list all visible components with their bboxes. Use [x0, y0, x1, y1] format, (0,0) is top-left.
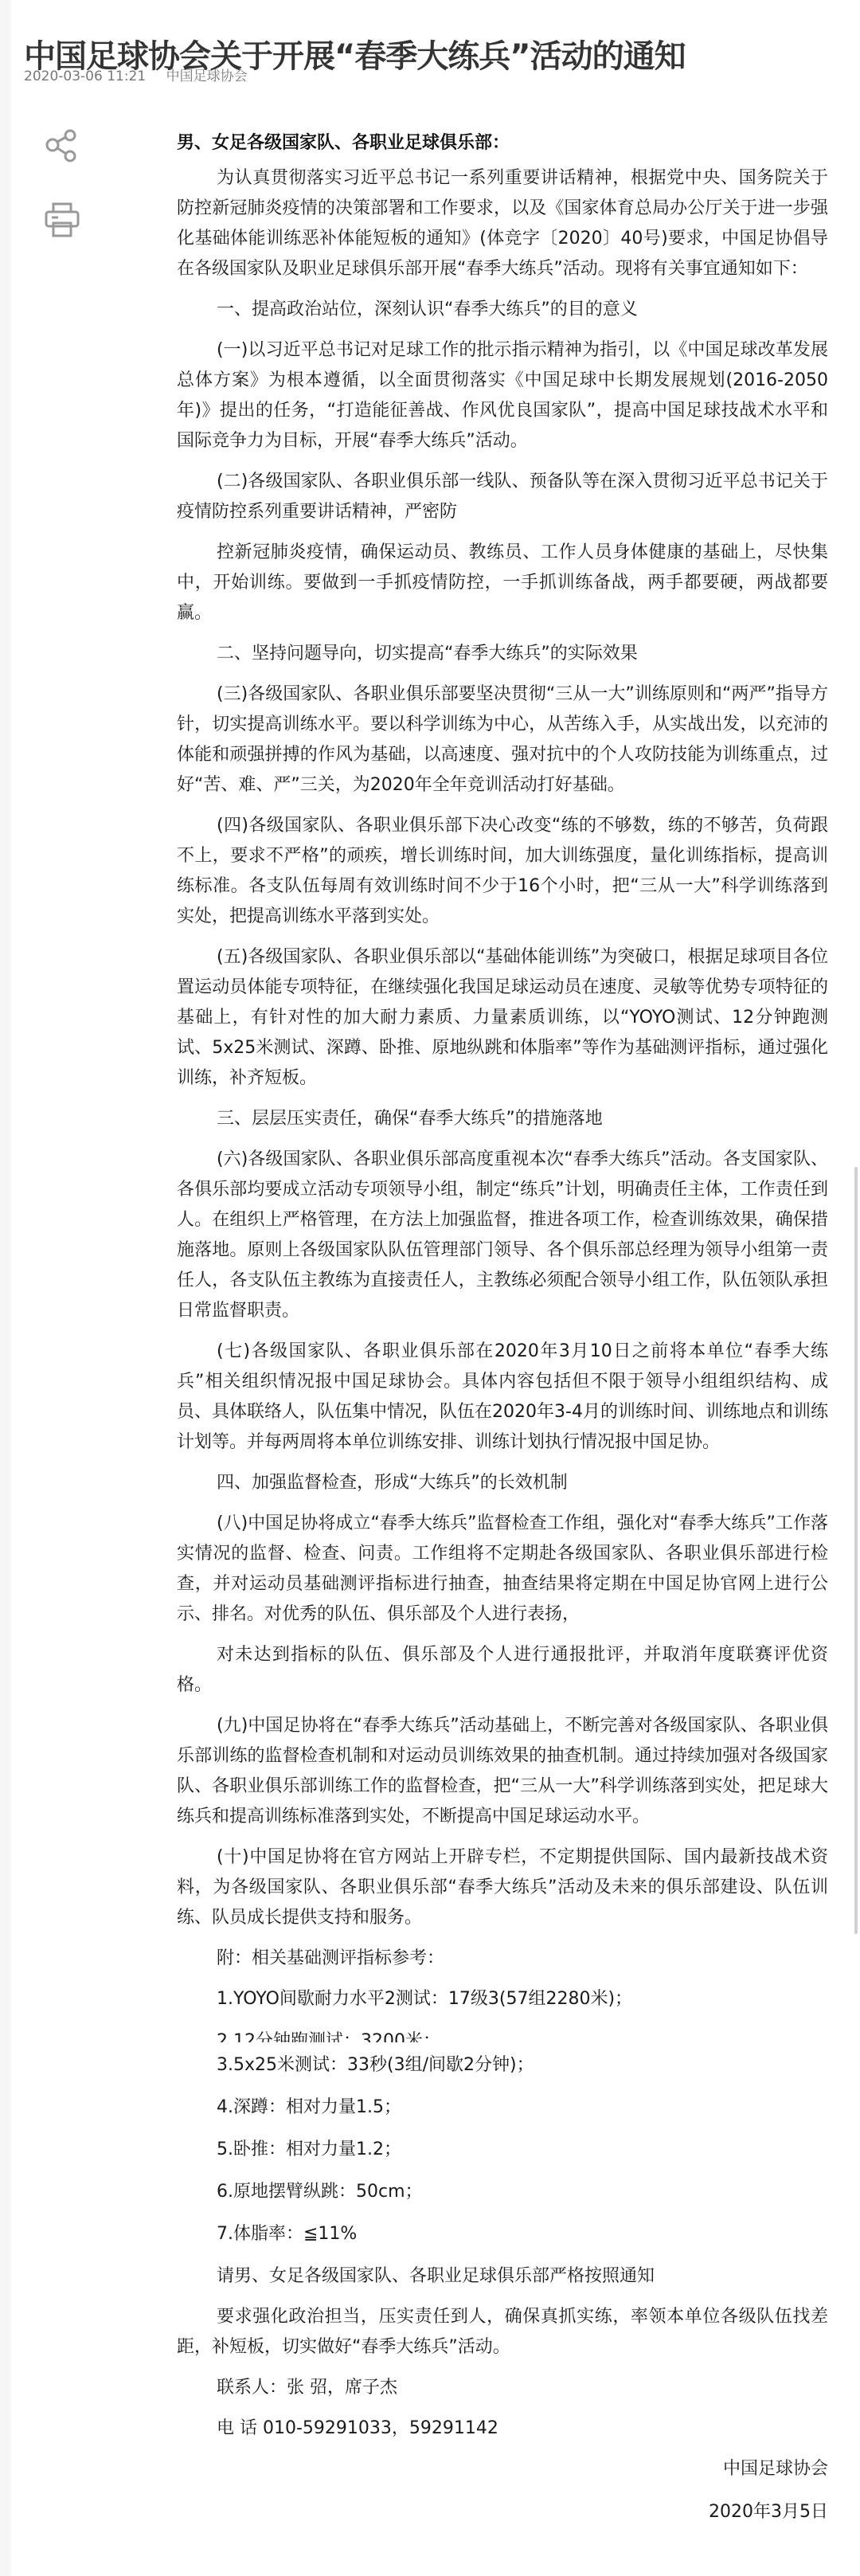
paragraph-4: (四)各级国家队、各职业俱乐部下决心改变“练的不够数，练的不够苦，负荷跟不上，要…	[177, 811, 828, 932]
paragraph-5: (五)各级国家队、各职业俱乐部以“基础体能训练”为突破口，根据足球项目各位置运动…	[177, 942, 828, 1094]
paragraph-8: (八)中国足协将成立“春季大练兵”监督检查工作组，强化对“春季大练兵”工作落实情…	[177, 1509, 828, 1630]
section-heading-1: 一、提高政治站位，深刻认识“春季大练兵”的目的意义	[177, 295, 828, 325]
paragraph-2-cont: 控新冠肺炎疫情，确保运动员、教练员、工作人员身体健康的基础上，尽快集中，开始训练…	[177, 538, 828, 628]
paragraph-9: (九)中国足协将在“春季大练兵”活动基础上，不断完善对各级国家队、各职业俱乐部训…	[177, 1711, 828, 1832]
paragraph-3: (三)各级国家队、各职业俱乐部要坚决贯彻“三从一大”训练原则和“两严”指导方针，…	[177, 679, 828, 801]
signature-date: 2020年3月5日	[177, 2497, 828, 2527]
publish-datetime: 2020-03-06 11:21	[24, 69, 146, 84]
salutation: 男、女足各级国家队、各职业足球俱乐部：	[177, 131, 828, 155]
section-heading-2: 二、坚持问题导向，切实提高“春季大练兵”的实际效果	[177, 639, 828, 669]
appendix-item: 3.5x25米测试：33秒(3组/间歇2分钟)；	[177, 2050, 828, 2081]
closing-requirements: 要求强化政治担当，压实责任到人，确保真抓实练，率领本单位各级队伍找差距，补短板，…	[177, 2302, 828, 2363]
paragraph-8-cont: 对未达到指标的队伍、俱乐部及个人进行通报批评，并取消年度联赛评优资格。	[177, 1640, 828, 1701]
paragraph-6: (六)各级国家队、各职业俱乐部高度重视本次“春季大练兵”活动。各支国家队、各俱乐…	[177, 1145, 828, 1326]
share-button[interactable]	[43, 127, 81, 166]
contact-persons: 联系人：张 弨，席子杰	[177, 2373, 828, 2403]
paragraph-1: (一)以习近平总书记对足球工作的批示指示精神为指引，以《中国足球改革发展总体方案…	[177, 335, 828, 456]
appendix-list: 1.YOYO间歇耐力水平2测试：17级3(57组2280米)； 2.12分钟跑测…	[177, 1984, 828, 2249]
signature-org: 中国足球协会	[177, 2454, 828, 2484]
paragraph-7: (七)各级国家队、各职业俱乐部在2020年3月10日之前将本单位“春季大练兵”相…	[177, 1337, 828, 1458]
article-source: 中国足球协会	[166, 69, 248, 84]
appendix-heading: 附：相关基础测评指标参考：	[177, 1944, 828, 1974]
appendix-item: 7.体脂率：≦11%	[177, 2219, 828, 2249]
appendix-item: 1.YOYO间歇耐力水平2测试：17级3(57组2280米)；	[177, 1984, 828, 2014]
closing-request: 请男、女足各级国家队、各职业足球俱乐部严格按照通知	[177, 2261, 828, 2292]
scrollbar[interactable]	[854, 1167, 858, 1934]
appendix-item: 4.深蹲：相对力量1.5；	[177, 2093, 828, 2123]
section-heading-4: 四、加强监督检查，形成“大练兵”的长效机制	[177, 1468, 828, 1498]
article-body: 男、女足各级国家队、各职业足球俱乐部： 为认真贯彻落实习近平总书记一系列重要讲话…	[177, 131, 828, 2540]
contact-phone: 电 话 010-59291033，59291142	[177, 2414, 828, 2444]
appendix-item: 5.卧推：相对力量1.2；	[177, 2135, 828, 2165]
paragraph-2: (二)各级国家队、各职业俱乐部一线队、预备队等在深入贯彻习近平总书记关于疫情防控…	[177, 467, 828, 527]
appendix-item-clipped: 2.12分钟跑测试：3200米；	[177, 2026, 828, 2042]
print-icon	[43, 201, 81, 239]
print-button[interactable]	[43, 201, 81, 239]
paragraph-10: (十)中国足协将在官方网站上开辟专栏，不定期提供国际、国内最新技战术资料，为各级…	[177, 1842, 828, 1933]
appendix-item: 6.原地摆臂纵跳：50cm；	[177, 2177, 828, 2207]
page-left-gutter	[0, 0, 11, 2576]
article-meta: 2020-03-06 11:21 中国足球协会	[24, 67, 264, 86]
paragraph-intro: 为认真贯彻落实习近平总书记一系列重要讲话精神，根据党中央、国务院关于防控新冠肺炎…	[177, 163, 828, 284]
share-icon	[43, 127, 81, 166]
section-heading-3: 三、层层压实责任，确保“春季大练兵”的措施落地	[177, 1104, 828, 1134]
